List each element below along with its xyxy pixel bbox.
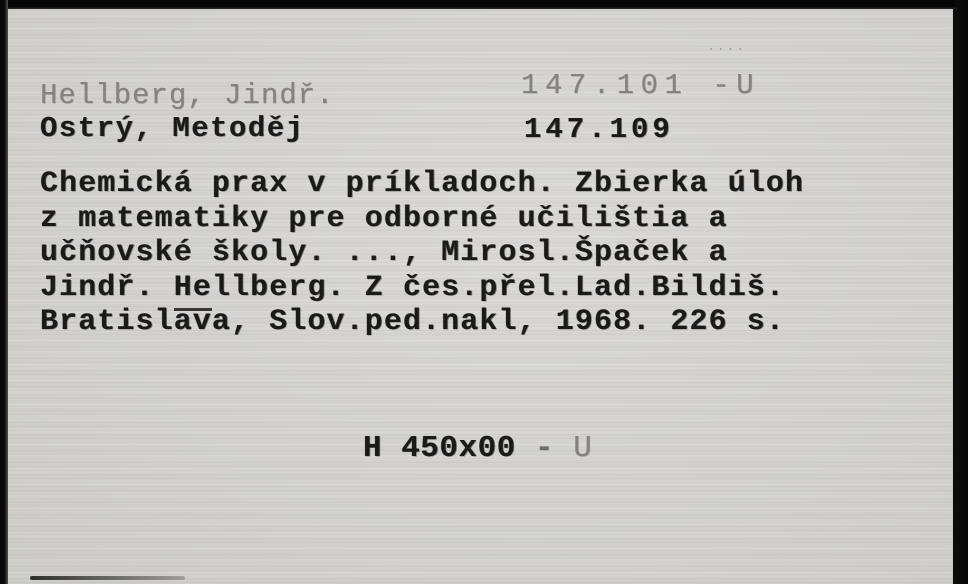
description-line-5: Bratislava, Slov.ped.nakl, 1968. 226 s. (40, 305, 804, 340)
format-code: H 450x00 (363, 431, 516, 466)
description-line-1: Chemická prax v príkladoch. Zbierka úloh (40, 167, 804, 202)
scanner-edge-bottom-sliver (30, 576, 185, 580)
description-line-4-rest: llberg. Z čes.přel.Lad.Bildiš. (212, 271, 785, 305)
added-entry-author: Hellberg, Jindř. (40, 79, 334, 112)
catalog-card-scan: Hellberg, Jindř. Ostrý, Metoděj 147.101 … (0, 0, 968, 584)
main-entry-author: Ostrý, Metoděj (40, 112, 305, 145)
description-line-4: Jindř. Hellberg. Z čes.přel.Lad.Bildiš. (40, 271, 804, 306)
format-code-separator: - (516, 431, 573, 466)
format-code-line: H 450x00 - U (363, 431, 592, 466)
scan-noise-speck: .... (707, 39, 746, 54)
description-line-3: učňovské školy. ..., Mirosl.Špaček a (40, 236, 804, 271)
scanner-edge-right (952, 0, 968, 584)
catalog-card-paper: Hellberg, Jindř. Ostrý, Metoděj 147.101 … (7, 9, 953, 584)
scanner-edge-left (0, 0, 8, 584)
format-code-suffix: U (573, 431, 592, 466)
call-number-old: 147.101 -U (521, 69, 760, 102)
description-line-2: z matematiky pre odborné učilištia a (40, 202, 804, 237)
bibliographic-description: Chemická prax v príkladoch. Zbierka úloh… (40, 167, 804, 340)
call-number-current: 147.109 (524, 113, 674, 146)
scanner-edge-top (0, 0, 968, 9)
description-line-4-prefix: Jindř. (40, 271, 174, 305)
